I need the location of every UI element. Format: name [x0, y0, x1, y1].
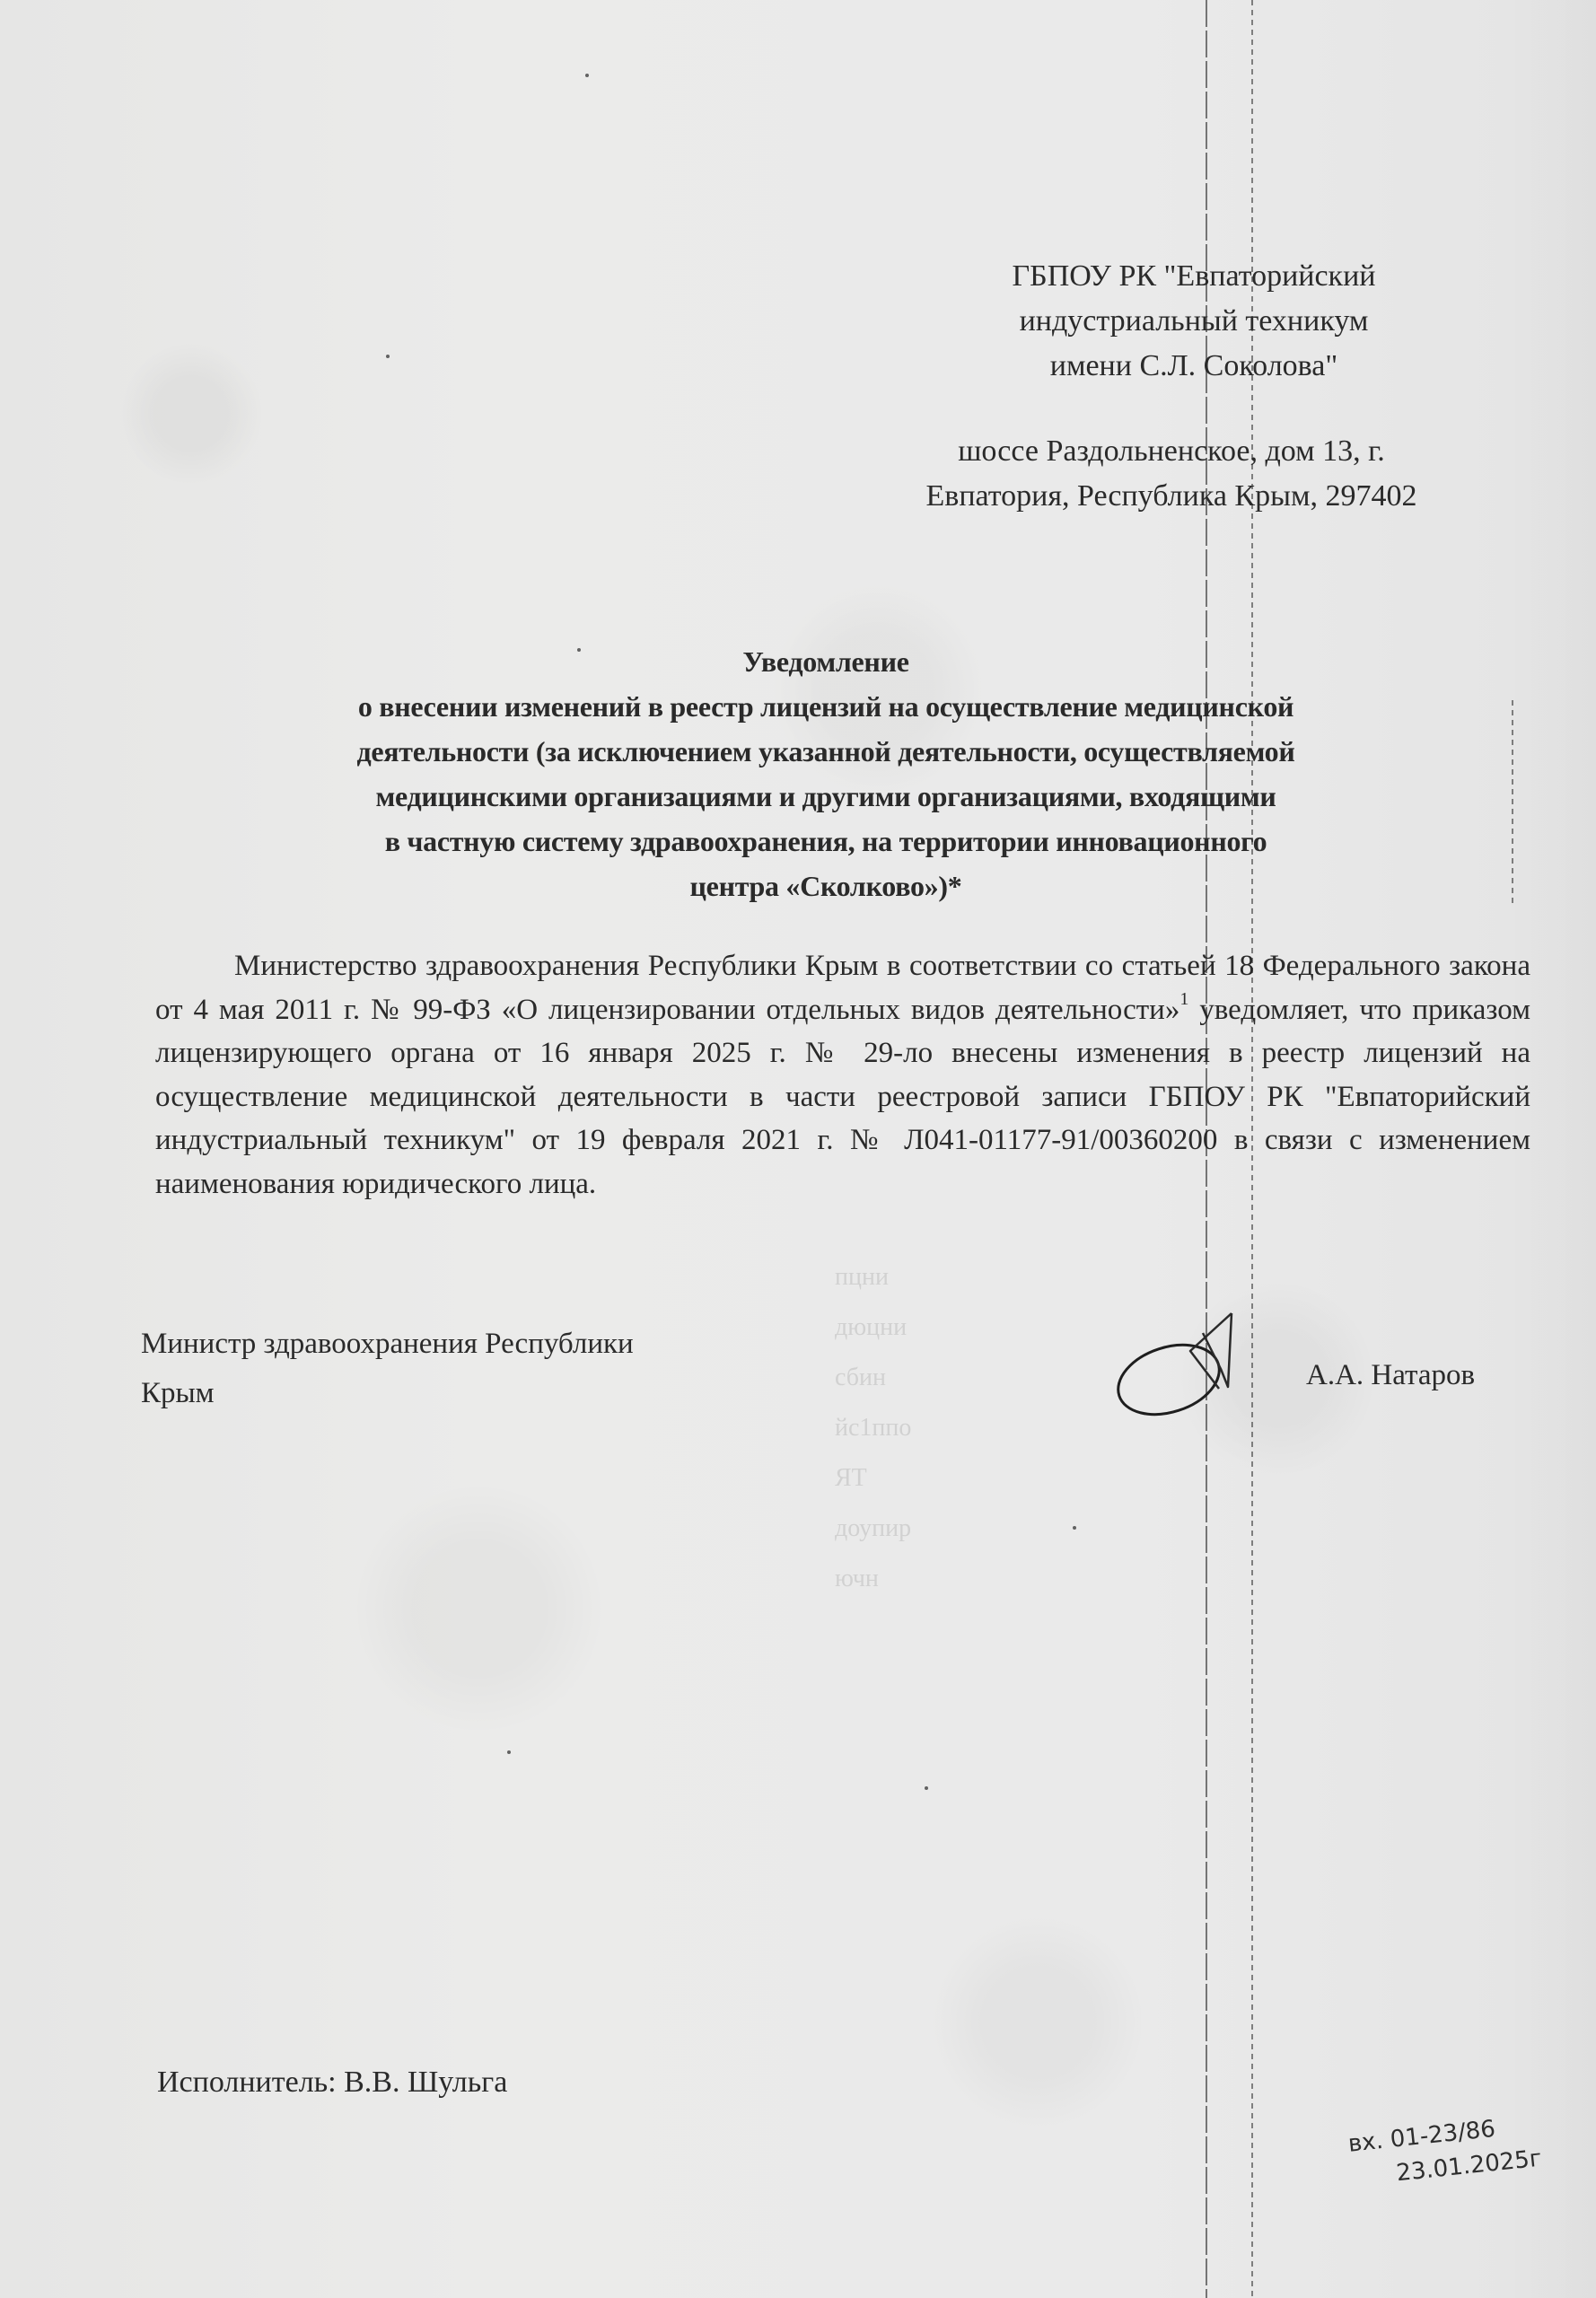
ghost-word: пцни	[835, 1252, 911, 1302]
address-line: Евпатория, Республика Крым, 297402	[862, 474, 1481, 519]
scan-speck	[925, 1786, 928, 1790]
addressee-line: индустриальный техникум	[934, 299, 1454, 344]
scan-speck	[507, 1750, 511, 1754]
signer-position-line: Министр здравоохранения Республики	[141, 1320, 823, 1369]
signer-position-line: Крым	[141, 1369, 823, 1418]
ghost-word: ЯТ	[835, 1453, 911, 1504]
ghost-word: йс1ппо	[835, 1403, 911, 1453]
addressee-line: ГБПОУ РК "Евпаторийский	[934, 254, 1454, 299]
address-line: шоссе Раздольненское, дом 13, г.	[862, 429, 1481, 474]
ghost-word: дюцни	[835, 1302, 911, 1353]
title-line: медицинскими организациями и другими орг…	[180, 774, 1472, 819]
footnote-mark: 1	[1179, 989, 1188, 1009]
body-paragraph: Министерство здравоохранения Республики …	[155, 944, 1530, 1206]
title-line: деятельности (за исключением указанной д…	[180, 729, 1472, 774]
title-heading: Уведомление	[180, 639, 1472, 684]
scan-artifact-line	[1512, 700, 1513, 907]
ghost-word: ючн	[835, 1554, 911, 1604]
addressee-line: имени С.Л. Соколова"	[934, 344, 1454, 389]
executor-label: Исполнитель: В.В. Шульга	[157, 2063, 507, 2102]
bleed-through-text: пцни дюцни сбин йс1ппо ЯТ доупир ючн	[835, 1252, 911, 1604]
title-line: центра «Сколково»)*	[180, 864, 1472, 908]
document-title: Уведомление о внесении изменений в реест…	[180, 639, 1472, 908]
scan-speck	[386, 355, 390, 358]
title-line: в частную систему здравоохранения, на те…	[180, 819, 1472, 864]
ghost-word: сбин	[835, 1353, 911, 1403]
scan-speck	[585, 74, 589, 77]
handwritten-signature-icon	[1113, 1306, 1257, 1423]
ghost-word: доупир	[835, 1504, 911, 1554]
addressee-address: шоссе Раздольненское, дом 13, г. Евпатор…	[862, 429, 1481, 519]
signer-name: А.А. Натаров	[1306, 1357, 1475, 1393]
signer-position: Министр здравоохранения Республики Крым	[141, 1320, 823, 1418]
title-line: о внесении изменений в реестр лицензий н…	[180, 684, 1472, 729]
addressee-organization: ГБПОУ РК "Евпаторийский индустриальный т…	[934, 254, 1454, 389]
scan-speck	[1073, 1526, 1076, 1530]
